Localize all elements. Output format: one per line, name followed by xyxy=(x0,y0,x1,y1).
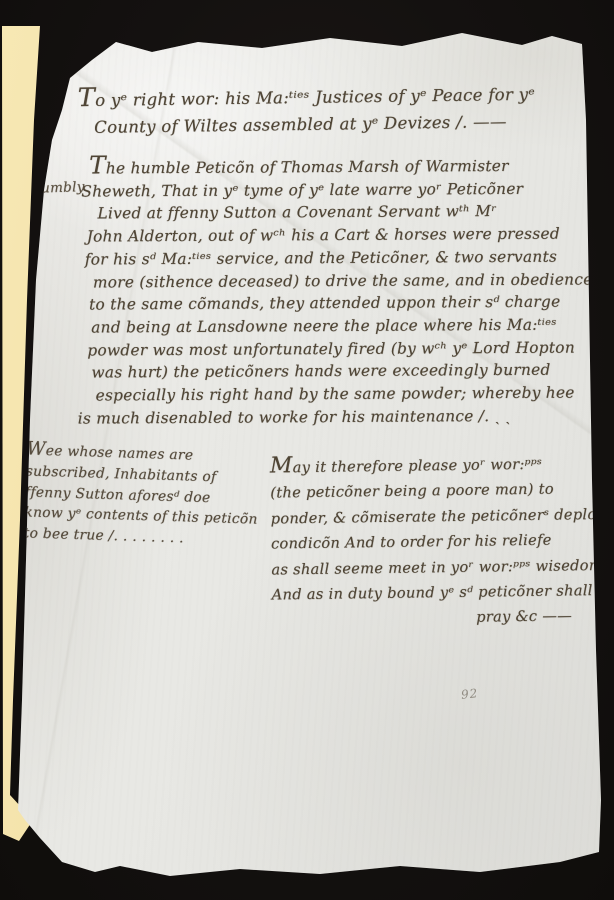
manuscript-line: especially his right hand by the same po… xyxy=(73,381,594,407)
folio-number: 92 xyxy=(460,686,479,702)
petition-page: To yᵉ right wor: his Ma:ᵗⁱᵉˢ Justices of… xyxy=(0,0,614,900)
manuscript-line: more (sithence deceased) to drive the sa… xyxy=(72,268,593,294)
manuscript-line: Lived at ffenny Sutton a Covenant Servan… xyxy=(71,200,592,226)
ink-mark xyxy=(39,87,68,103)
manuscript-line: and being at Lansdowne neere the place w… xyxy=(72,313,593,339)
manuscript-line: is much disenabled to worke for his main… xyxy=(73,404,594,430)
prayer-block: May it therefore please yoʳ wor:ᵖᵖˢ (the… xyxy=(270,448,614,633)
petition-body: The humble Peticõn of Thomas Marsh of Wa… xyxy=(71,151,593,430)
scan-background: To yᵉ right wor: his Ma:ᵗⁱᵉˢ Justices of… xyxy=(0,0,614,900)
manuscript-line: ponder, & cõmiserate the peticõnerˢ depl… xyxy=(270,501,614,532)
manuscript-line: pray &c —— xyxy=(272,603,614,633)
manuscript-line: Sheweth, That in yᵉ tyme of yᵉ late warr… xyxy=(71,177,592,203)
attestation-block: Wee whose names are subscribed, Inhabita… xyxy=(23,439,260,551)
manuscript-line: John Alderton, out of wᶜʰ his a Cart & h… xyxy=(72,223,593,249)
manuscript-line: powder was most unfortunately fired (by … xyxy=(72,336,593,362)
manuscript-line: The humble Peticõn of Thomas Marsh of Wa… xyxy=(71,151,592,180)
manuscript-line: was hurt) the peticõners hands were exce… xyxy=(72,359,593,385)
manuscript-line: County of Wiltes assembled at yᵉ Devizes… xyxy=(68,108,535,142)
manuscript-line: to the same cõmands, they attended uppon… xyxy=(72,291,593,317)
petition-heading: To yᵉ right wor: his Ma:ᵗⁱᵉˢ Justices of… xyxy=(68,79,536,142)
manuscript-line: for his sᵈ Ma:ᵗⁱᵉˢ service, and the Peti… xyxy=(72,245,593,271)
